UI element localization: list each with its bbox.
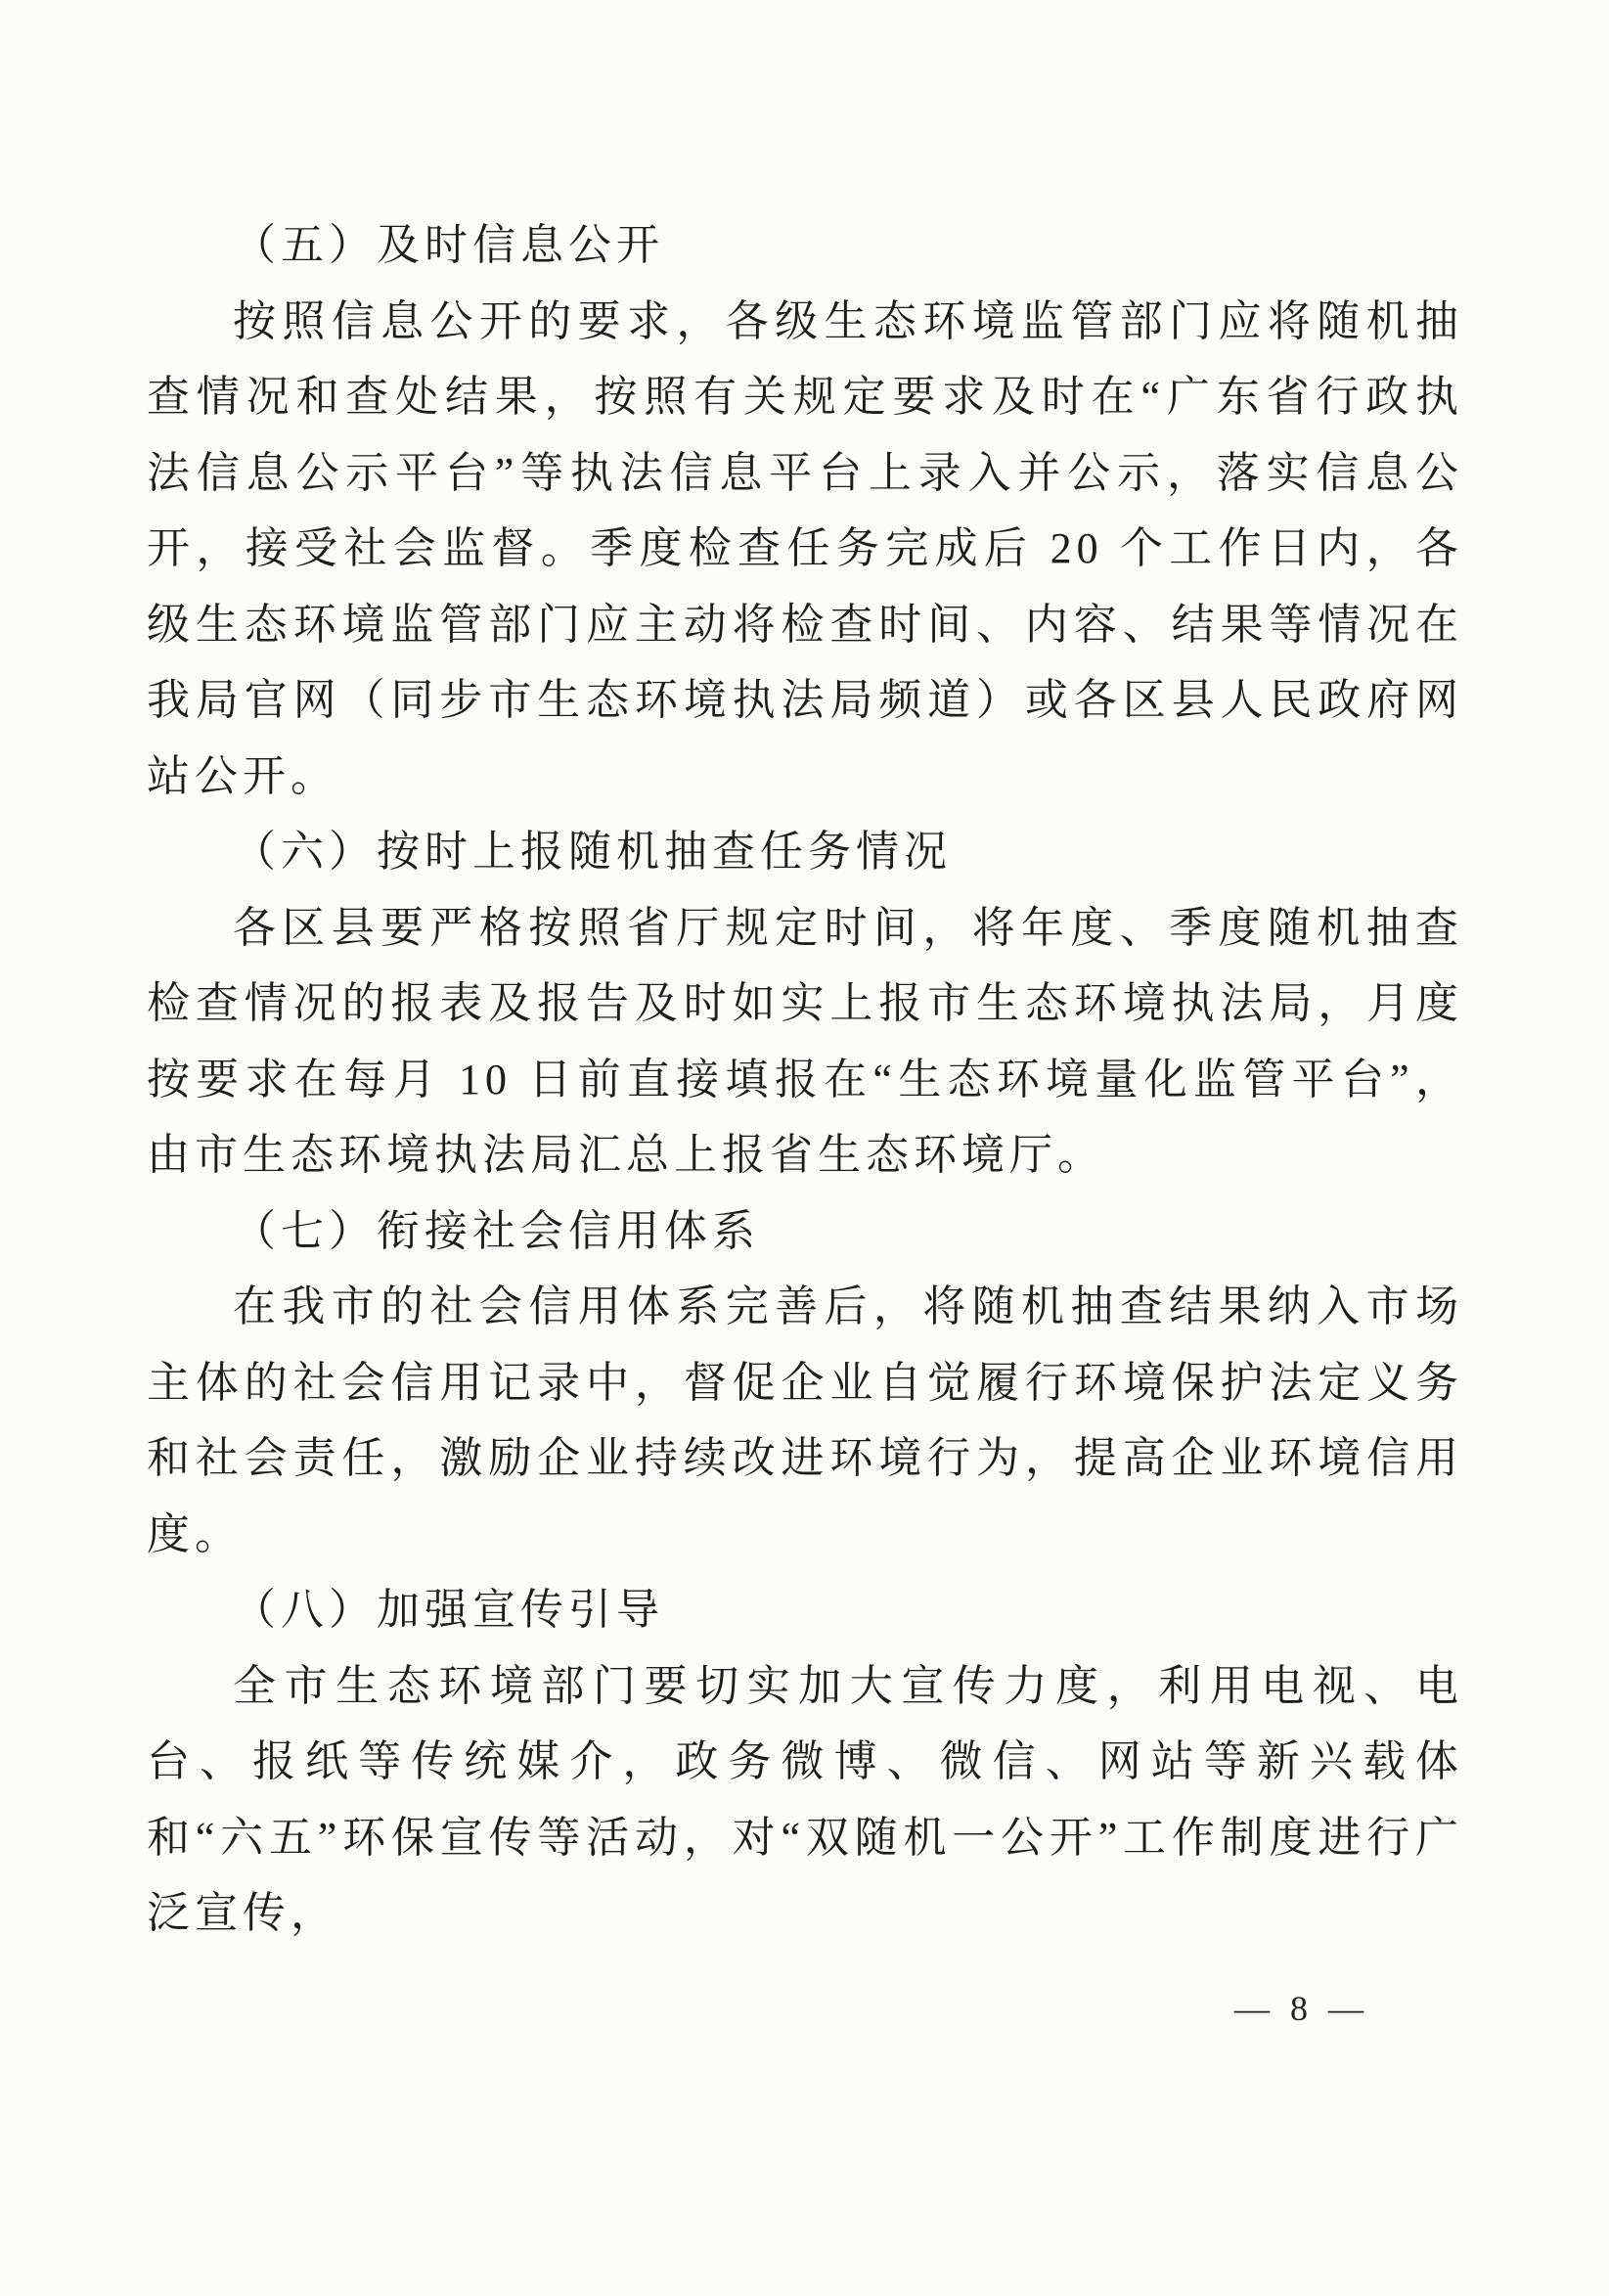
section-7-heading: （七）衔接社会信用体系 [147, 1193, 1463, 1270]
section-8-heading: （八）加强宣传引导 [147, 1572, 1463, 1648]
section-6-paragraph: 各区县要严格按照省厅规定时间，将年度、季度随机抽查检查情况的报表及报告及时如实上… [147, 890, 1463, 1193]
section-5-heading: （五）及时信息公开 [147, 207, 1463, 284]
page-number: — 8 — [1234, 1988, 1369, 2029]
section-7-paragraph: 在我市的社会信用体系完善后，将随机抽查结果纳入市场主体的社会信用记录中，督促企业… [147, 1269, 1463, 1572]
section-6-heading: （六）按时上报随机抽查任务情况 [147, 814, 1463, 890]
section-5-paragraph: 按照信息公开的要求，各级生态环境监管部门应将随机抽查情况和查处结果，按照有关规定… [147, 284, 1463, 815]
document-page: （五）及时信息公开 按照信息公开的要求，各级生态环境监管部门应将随机抽查情况和查… [0, 0, 1609, 2296]
document-content: （五）及时信息公开 按照信息公开的要求，各级生态环境监管部门应将随机抽查情况和查… [147, 207, 1463, 1952]
section-8-paragraph: 全市生态环境部门要切实加大宣传力度，利用电视、电台、报纸等传统媒介，政务微博、微… [147, 1648, 1463, 1952]
